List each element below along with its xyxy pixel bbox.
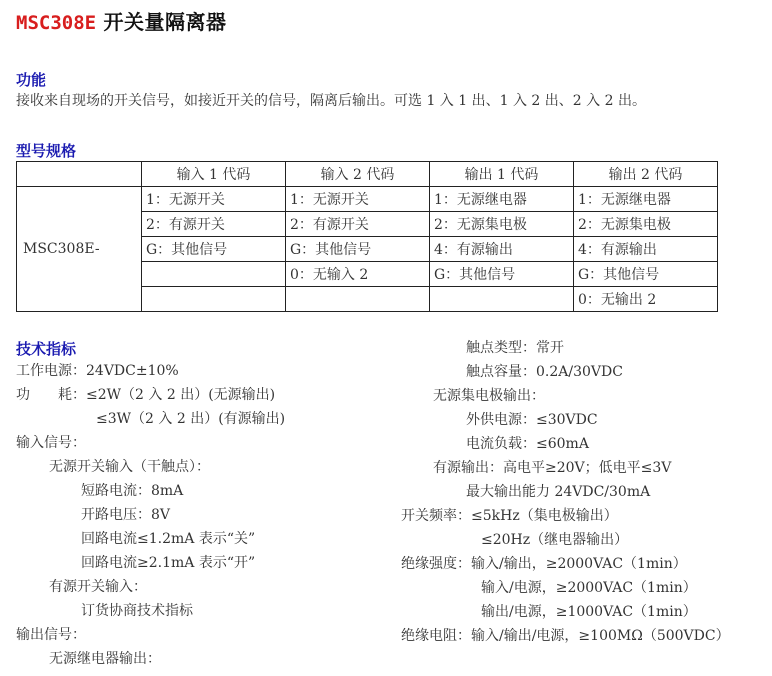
- table-cell: G：其他信号: [142, 237, 286, 262]
- spec-line: 外供电源：≤30VDC: [466, 408, 598, 432]
- spec-line: 功 耗：≤2W（2 入 2 出）(无源输出): [16, 383, 275, 407]
- spec-line: 电流负载：≤60mA: [466, 432, 589, 456]
- header-cell: 输入 2 代码: [286, 162, 430, 187]
- table-cell: 2：无源集电极: [430, 212, 574, 237]
- spec-line: 有源输出：高电平≥20V；低电平≤3V: [433, 456, 671, 480]
- spec-line: 无源集电极输出：: [433, 384, 545, 408]
- spec-line: 输入信号：: [16, 431, 86, 455]
- table-row: MSC308E- 1：无源开关 1：无源开关 1：无源继电器 1：无源继电器: [17, 187, 718, 212]
- header-cell: 输入 1 代码: [142, 162, 286, 187]
- table-cell: G：其他信号: [430, 262, 574, 287]
- spec-line: 触点容量：0.2A/30VDC: [466, 360, 623, 384]
- page-title: MSC308E 开关量隔离器: [16, 6, 227, 35]
- table-cell: 0：无输出 2: [574, 287, 718, 312]
- spec-line: 订货协商技术指标: [81, 599, 193, 623]
- function-text: 接收来自现场的开关信号，如接近开关的信号，隔离后输出。可选 1 入 1 出、1 …: [16, 89, 646, 113]
- function-heading: 功能: [16, 69, 46, 90]
- spec-line: 无源继电器输出：: [49, 647, 161, 671]
- spec-line: 绝缘强度：输入/输出，≥2000VAC（1min）: [401, 552, 687, 576]
- title-name: 开关量隔离器: [104, 10, 227, 34]
- spec-line: 无源开关输入（干触点）：: [49, 455, 210, 479]
- spec-line: 回路电流≥2.1mA 表示“开”: [81, 551, 255, 575]
- table-cell: [286, 287, 430, 312]
- header-cell: [17, 162, 142, 187]
- table-cell: 4：有源输出: [430, 237, 574, 262]
- header-cell: 输出 2 代码: [574, 162, 718, 187]
- model-prefix-cell: MSC308E-: [17, 187, 142, 312]
- table-cell: 2：无源集电极: [574, 212, 718, 237]
- table-header-row: 输入 1 代码 输入 2 代码 输出 1 代码 输出 2 代码: [17, 162, 718, 187]
- table-cell: 1：无源开关: [286, 187, 430, 212]
- table-cell: G：其他信号: [286, 237, 430, 262]
- spec-line: 有源开关输入：: [49, 575, 147, 599]
- spec-line: 触点类型：常开: [466, 336, 564, 360]
- title-model: MSC308E: [16, 12, 96, 34]
- spec-line: 输出/电源，≥1000VAC（1min）: [481, 600, 697, 624]
- tech-heading: 技术指标: [16, 338, 76, 359]
- table-cell: 2：有源开关: [142, 212, 286, 237]
- spec-line: 工作电源：24VDC±10%: [16, 359, 179, 383]
- header-cell: 输出 1 代码: [430, 162, 574, 187]
- spec-table: 输入 1 代码 输入 2 代码 输出 1 代码 输出 2 代码 MSC308E-…: [16, 161, 718, 312]
- spec-line: 输出信号：: [16, 623, 86, 647]
- spec-line: 回路电流≤1.2mA 表示“关”: [81, 527, 255, 551]
- table-cell: 1：无源继电器: [574, 187, 718, 212]
- spec-line: 开路电压：8V: [81, 503, 170, 527]
- table-cell: 1：无源开关: [142, 187, 286, 212]
- table-cell: 1：无源继电器: [430, 187, 574, 212]
- table-cell: 4：有源输出: [574, 237, 718, 262]
- table-cell: [142, 262, 286, 287]
- spec-line: 最大输出能力 24VDC/30mA: [466, 480, 650, 504]
- table-cell: [430, 287, 574, 312]
- table-cell: G：其他信号: [574, 262, 718, 287]
- spec-line: ≤20Hz（继电器输出）: [481, 528, 628, 552]
- table-cell: 0：无输入 2: [286, 262, 430, 287]
- spec-line: 绝缘电阻：输入/输出/电源，≥100MΩ（500VDC）: [401, 624, 730, 648]
- spec-line: 开关频率：≤5kHz（集电极输出）: [401, 504, 618, 528]
- spec-line: ≤3W（2 入 2 出）(有源输出): [96, 407, 285, 431]
- spec-heading: 型号规格: [16, 140, 76, 161]
- table-cell: [142, 287, 286, 312]
- spec-line: 短路电流：8mA: [81, 479, 183, 503]
- table-cell: 2：有源开关: [286, 212, 430, 237]
- spec-line: 输入/电源，≥2000VAC（1min）: [481, 576, 697, 600]
